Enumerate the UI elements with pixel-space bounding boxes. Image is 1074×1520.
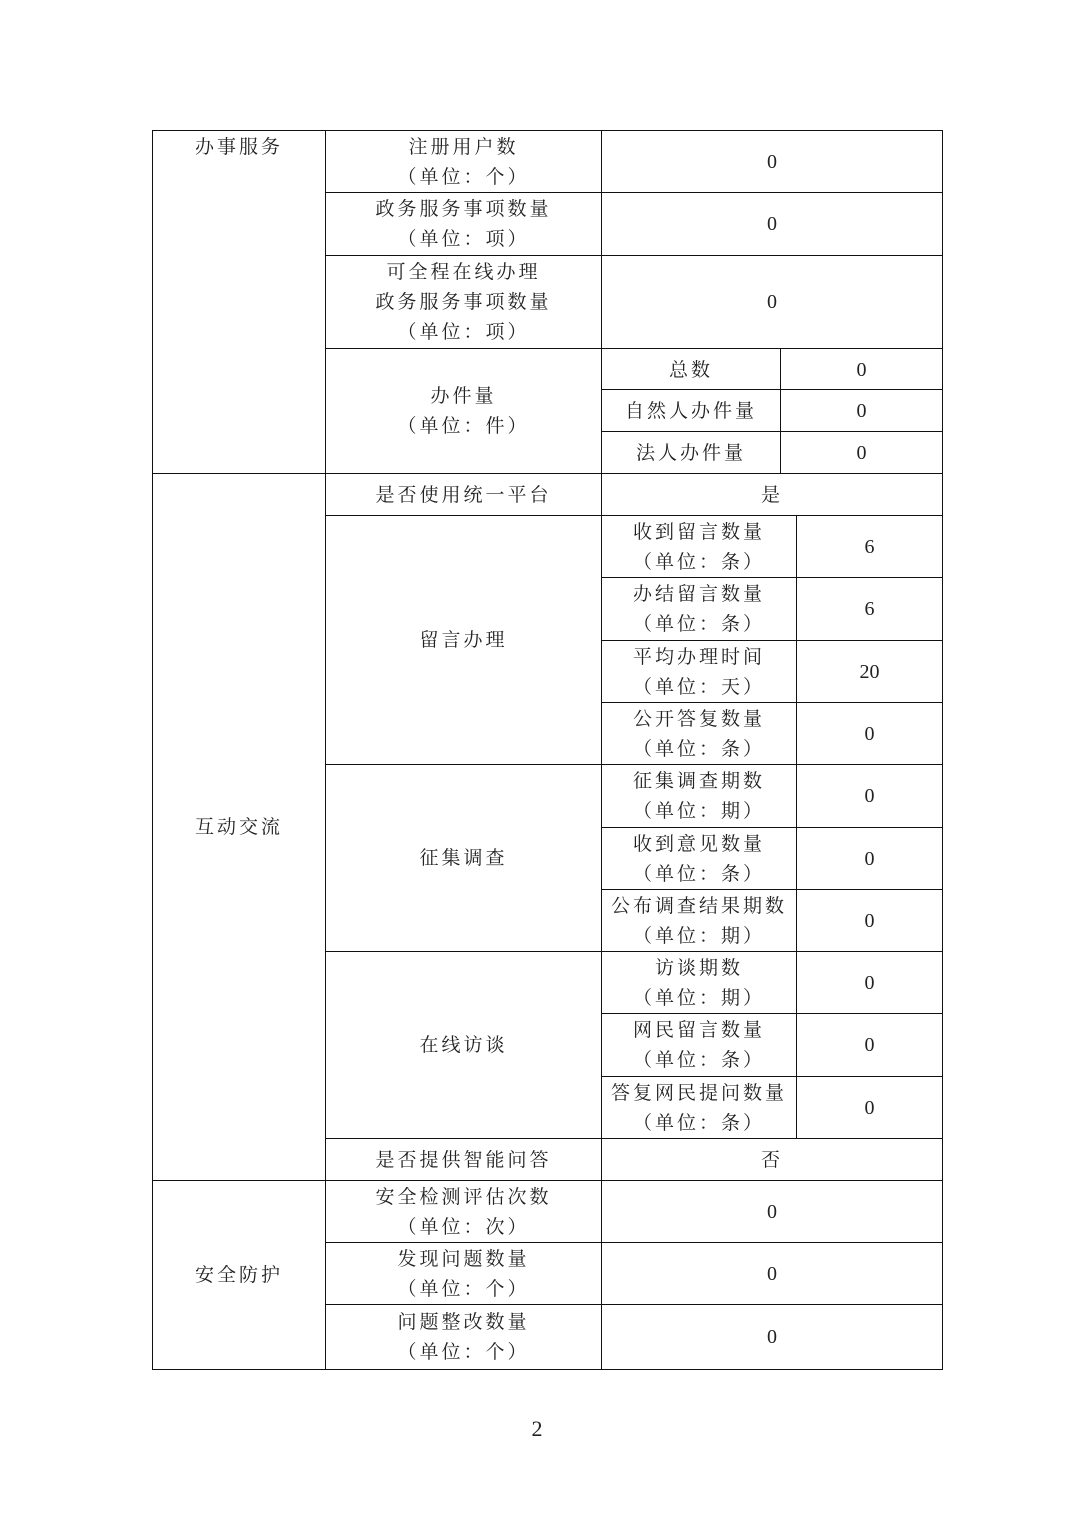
row-value-service-items: 0	[601, 193, 943, 255]
smart-qa-value: 否	[601, 1139, 943, 1180]
interview-label-replies: 答复网民提问数量 （单位：条）	[601, 1077, 797, 1138]
survey-label-results: 公布调查结果期数 （单位：期）	[601, 890, 797, 951]
message-label-public-replies: 公开答复数量 （单位：条）	[601, 703, 797, 764]
survey-value-opinions: 0	[796, 828, 943, 889]
row-value-online-service-items: 0	[601, 256, 943, 348]
interview-value-replies: 0	[796, 1077, 943, 1138]
survey-value-results: 0	[796, 890, 943, 951]
security-value-issues-fixed: 0	[601, 1305, 943, 1369]
section-label-service: 办事服务	[152, 130, 326, 473]
message-label-completed: 办结留言数量 （单位：条）	[601, 578, 797, 640]
section-label-security: 安全防护	[152, 1181, 326, 1369]
security-value-issues-found: 0	[601, 1243, 943, 1304]
security-value-assessments: 0	[601, 1181, 943, 1242]
group-label-cases: 办件量 （单位：件）	[325, 349, 602, 473]
survey-label-periods: 征集调查期数 （单位：期）	[601, 765, 797, 827]
case-value-legal-person: 0	[780, 432, 943, 473]
case-label-legal-person: 法人办件量	[601, 432, 781, 473]
message-label-received: 收到留言数量 （单位：条）	[601, 516, 797, 577]
message-value-avg-time: 20	[796, 641, 943, 702]
page-number: 2	[0, 1416, 1074, 1442]
case-value-natural-person: 0	[780, 390, 943, 431]
interview-label-netizen-messages: 网民留言数量 （单位：条）	[601, 1014, 797, 1076]
survey-label-opinions: 收到意见数量 （单位：条）	[601, 828, 797, 889]
document-page: 办事服务 注册用户数 （单位：个） 0 政务服务事项数量 （单位：项） 0 可全…	[0, 0, 1074, 1520]
unified-platform-label: 是否使用统一平台	[325, 474, 602, 515]
security-label-assessments: 安全检测评估次数 （单位：次）	[325, 1181, 602, 1242]
group-label-interview: 在线访谈	[325, 952, 602, 1138]
row-value-registered-users: 0	[601, 131, 943, 193]
interview-value-netizen-messages: 0	[796, 1014, 943, 1076]
section-label-interaction: 互动交流	[152, 474, 326, 1180]
case-label-natural-person: 自然人办件量	[601, 390, 781, 431]
message-label-avg-time: 平均办理时间 （单位：天）	[601, 641, 797, 702]
security-label-issues-found: 发现问题数量 （单位：个）	[325, 1243, 602, 1304]
row-label-registered-users: 注册用户数 （单位：个）	[325, 131, 602, 193]
message-value-received: 6	[796, 516, 943, 577]
interview-label-periods: 访谈期数 （单位：期）	[601, 952, 797, 1013]
smart-qa-label: 是否提供智能问答	[325, 1139, 602, 1180]
case-value-total: 0	[780, 349, 943, 390]
row-label-service-items: 政务服务事项数量 （单位：项）	[325, 193, 602, 255]
interview-value-periods: 0	[796, 952, 943, 1013]
message-value-public-replies: 0	[796, 703, 943, 764]
case-label-total: 总数	[601, 349, 781, 390]
security-label-issues-fixed: 问题整改数量 （单位：个）	[325, 1305, 602, 1369]
group-label-messages: 留言办理	[325, 516, 602, 764]
row-label-online-service-items: 可全程在线办理 政务服务事项数量 （单位：项）	[325, 256, 602, 348]
unified-platform-value: 是	[601, 474, 943, 515]
survey-value-periods: 0	[796, 765, 943, 827]
group-label-survey: 征集调查	[325, 765, 602, 951]
message-value-completed: 6	[796, 578, 943, 640]
